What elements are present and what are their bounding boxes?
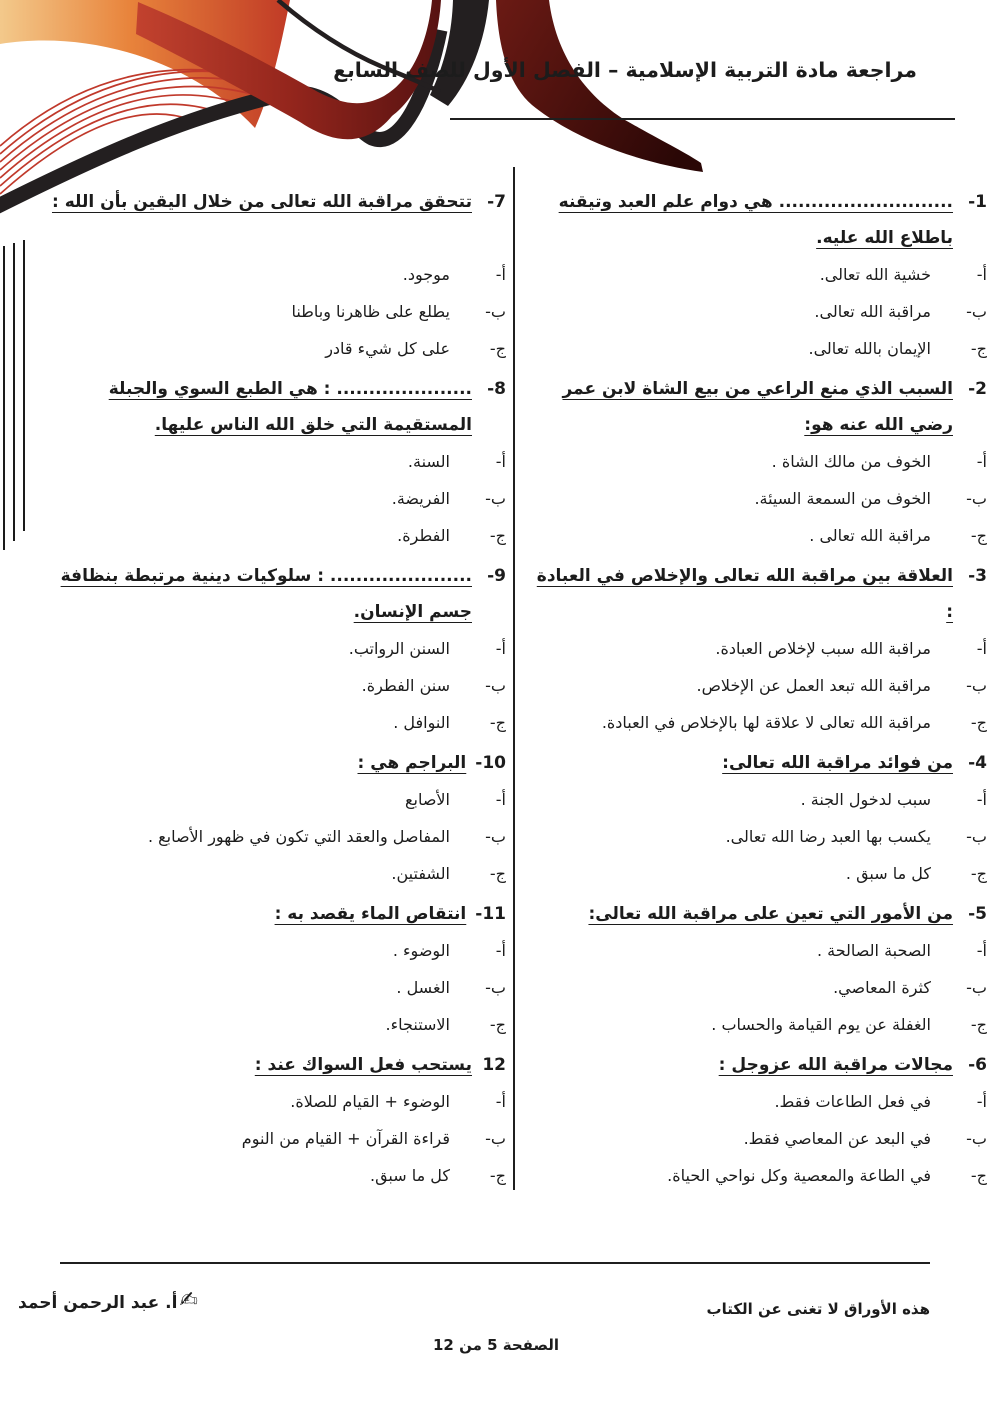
option-letter: أ- xyxy=(931,256,987,293)
option-b: ب- قراءة القرآن + القيام من النوم xyxy=(30,1120,506,1157)
vertical-lines xyxy=(4,240,24,550)
option-text: الخوف من مالك الشاة . xyxy=(772,443,931,480)
option-letter: ج- xyxy=(450,330,506,367)
option-letter: أ- xyxy=(450,1083,506,1120)
question-head: 11- انتقاص الماء يقصد به : xyxy=(30,896,506,932)
black-swoosh xyxy=(0,30,440,208)
option-c: ج- في الطاعة والمعصية وكل نواحي الحياة. xyxy=(525,1157,987,1194)
option-letter: أ- xyxy=(931,932,987,969)
option-text: الأصابع xyxy=(405,781,450,818)
question-6: 6- مجالات مراقبة الله عزوجل : أ- في فعل … xyxy=(525,1047,987,1194)
option-text: كل ما سبق . xyxy=(846,855,931,892)
option-text: على كل شيء قادر xyxy=(325,330,450,367)
option-letter: ج- xyxy=(931,330,987,367)
question-number: 4- xyxy=(962,745,987,781)
option-a: أ- الوضوء + القيام للصلاة. xyxy=(30,1083,506,1120)
question-title: ..................... : هي الطبع السوي و… xyxy=(30,371,472,443)
option-letter: أ- xyxy=(450,781,506,818)
option-text: الغسل . xyxy=(396,969,450,1006)
option-letter: ج- xyxy=(931,1157,987,1194)
option-letter: ج- xyxy=(450,704,506,741)
writing-hand-icon: ✍ xyxy=(179,1290,197,1312)
question-number: 6- xyxy=(962,1047,987,1083)
question-head: 5- من الأمور التي تعين على مراقبة الله ت… xyxy=(525,896,987,932)
question-title: مجالات مراقبة الله عزوجل : xyxy=(719,1047,953,1083)
option-text: في فعل الطاعات فقط. xyxy=(774,1083,931,1120)
question-title: يستحب فعل السواك عند : xyxy=(255,1047,472,1083)
question-head: 12 يستحب فعل السواك عند : xyxy=(30,1047,506,1083)
question-3: 3- العلاقة بين مراقبة الله تعالى والإخلا… xyxy=(525,558,987,741)
option-c: ج- كل ما سبق. xyxy=(30,1157,506,1194)
question-title: العلاقة بين مراقبة الله تعالى والإخلاص ف… xyxy=(525,558,953,630)
option-text: الفطرة. xyxy=(397,517,450,554)
option-c: ج- الشفتين. xyxy=(30,855,506,892)
option-letter: أ- xyxy=(931,781,987,818)
option-a: أ- السنة. xyxy=(30,443,506,480)
question-number: 10- xyxy=(475,745,506,781)
option-a: أ- مراقبة الله سبب لإخلاص العبادة. xyxy=(525,630,987,667)
option-text: الخوف من السمعة السيئة. xyxy=(754,480,931,517)
footer-author: ✍ أ. عبد الرحمن أحمد xyxy=(18,1292,198,1314)
option-text: السنن الرواتب. xyxy=(349,630,450,667)
questions-area: 1- ........................... هي دوام ع… xyxy=(30,184,987,1198)
question-title: ........................... هي دوام علم … xyxy=(525,184,953,256)
question-head: 3- العلاقة بين مراقبة الله تعالى والإخلا… xyxy=(525,558,987,630)
option-b: ب- مراقبة الله تعالى. xyxy=(525,293,987,330)
option-letter: ج- xyxy=(450,1006,506,1043)
option-b: ب- كثرة المعاصي. xyxy=(525,969,987,1006)
question-number: 12 xyxy=(481,1047,506,1083)
orange-band xyxy=(0,0,290,128)
question-head: 2- السبب الذي منع الراعي من بيع الشاة لا… xyxy=(525,371,987,443)
option-text: مراقبة الله سبب لإخلاص العبادة. xyxy=(715,630,931,667)
option-text: سنن الفطرة. xyxy=(362,667,450,704)
option-letter: ج- xyxy=(931,855,987,892)
option-c: ج- الاستنجاء. xyxy=(30,1006,506,1043)
question-head: 8- ..................... : هي الطبع السو… xyxy=(30,371,506,443)
question-11: 11- انتقاص الماء يقصد به : أ- الوضوء . ب… xyxy=(30,896,506,1043)
option-text: النوافل . xyxy=(393,704,450,741)
question-title: انتقاص الماء يقصد به : xyxy=(275,896,467,932)
question-number: 11- xyxy=(475,896,506,932)
footer-note: هذه الأوراق لا تغنى عن الكتاب xyxy=(707,1300,931,1318)
option-c: ج- الإيمان بالله تعالى. xyxy=(525,330,987,367)
question-title: من الأمور التي تعين على مراقبة الله تعال… xyxy=(588,896,953,932)
option-letter: ب- xyxy=(450,480,506,517)
option-a: أ- سبب لدخول الجنة . xyxy=(525,781,987,818)
question-number: 1- xyxy=(962,184,987,220)
option-letter: ب- xyxy=(931,293,987,330)
option-letter: أ- xyxy=(450,443,506,480)
option-c: ج- الغفلة عن يوم القيامة والحساب . xyxy=(525,1006,987,1043)
question-head: 9- ...................... : سلوكيات ديني… xyxy=(30,558,506,630)
worksheet-page: مراجعة مادة التربية الإسلامية – الفصل ال… xyxy=(0,0,992,1403)
option-letter: ج- xyxy=(450,517,506,554)
option-text: سبب لدخول الجنة . xyxy=(801,781,931,818)
question-title: السبب الذي منع الراعي من بيع الشاة لابن … xyxy=(525,371,953,443)
option-b: ب- في البعد عن المعاصي فقط. xyxy=(525,1120,987,1157)
option-text: الغفلة عن يوم القيامة والحساب . xyxy=(711,1006,931,1043)
option-text: يكسب بها العبد رضا الله تعالى. xyxy=(726,818,931,855)
option-c: ج- على كل شيء قادر xyxy=(30,330,506,367)
question-title: ...................... : سلوكيات دينية م… xyxy=(30,558,472,630)
question-10: 10- البراجم هي : أ- الأصابع ب- المفاصل و… xyxy=(30,745,506,892)
option-a: أ- الخوف من مالك الشاة . xyxy=(525,443,987,480)
option-text: الوضوء + القيام للصلاة. xyxy=(290,1083,450,1120)
option-letter: ب- xyxy=(450,818,506,855)
option-text: المفاصل والعقد التي تكون في ظهور الأصابع… xyxy=(148,818,450,855)
question-9: 9- ...................... : سلوكيات ديني… xyxy=(30,558,506,741)
author-name: أ. عبد الرحمن أحمد xyxy=(18,1293,177,1313)
option-text: قراءة القرآن + القيام من النوم xyxy=(242,1120,450,1157)
option-text: في الطاعة والمعصية وكل نواحي الحياة. xyxy=(667,1157,931,1194)
option-letter: ب- xyxy=(931,667,987,704)
option-c: ج- مراقبة الله تعالى . xyxy=(525,517,987,554)
option-b: ب- الخوف من السمعة السيئة. xyxy=(525,480,987,517)
question-number: 7- xyxy=(481,184,506,220)
option-letter: ج- xyxy=(931,704,987,741)
question-4: 4- من فوائد مراقبة الله تعالى: أ- سبب لد… xyxy=(525,745,987,892)
option-text: الاستنجاء. xyxy=(386,1006,450,1043)
option-text: مراقبة الله تبعد العمل عن الإخلاص. xyxy=(697,667,932,704)
option-letter: أ- xyxy=(450,256,506,293)
question-head: 4- من فوائد مراقبة الله تعالى: xyxy=(525,745,987,781)
option-a: أ- الأصابع xyxy=(30,781,506,818)
option-letter: أ- xyxy=(931,443,987,480)
option-letter: ب- xyxy=(450,1120,506,1157)
question-number: 5- xyxy=(962,896,987,932)
option-a: أ- الصحبة الصالحة . xyxy=(525,932,987,969)
option-c: ج- كل ما سبق . xyxy=(525,855,987,892)
option-c: ج- مراقبة الله تعالى لا علاقة لها بالإخل… xyxy=(525,704,987,741)
option-text: السنة. xyxy=(408,443,450,480)
question-title: البراجم هي : xyxy=(358,745,467,781)
option-text: في البعد عن المعاصي فقط. xyxy=(744,1120,931,1157)
question-head: 6- مجالات مراقبة الله عزوجل : xyxy=(525,1047,987,1083)
option-text: مراقبة الله تعالى . xyxy=(809,517,931,554)
option-c: ج- النوافل . xyxy=(30,704,506,741)
question-8: 8- ..................... : هي الطبع السو… xyxy=(30,371,506,554)
option-letter: ب- xyxy=(450,969,506,1006)
option-letter: ب- xyxy=(931,818,987,855)
footer-rule xyxy=(60,1262,930,1264)
option-text: كل ما سبق. xyxy=(370,1157,450,1194)
option-text: موجود. xyxy=(403,256,450,293)
option-text: الوضوء . xyxy=(393,932,450,969)
question-head: 10- البراجم هي : xyxy=(30,745,506,781)
option-a: أ- موجود. xyxy=(30,256,506,293)
title-rule xyxy=(450,118,955,120)
option-letter: ب- xyxy=(931,1120,987,1157)
option-a: أ- الوضوء . xyxy=(30,932,506,969)
option-b: ب- مراقبة الله تبعد العمل عن الإخلاص. xyxy=(525,667,987,704)
option-b: ب- سنن الفطرة. xyxy=(30,667,506,704)
option-c: ج- الفطرة. xyxy=(30,517,506,554)
option-text: الفريضة. xyxy=(392,480,450,517)
option-text: مراقبة الله تعالى. xyxy=(814,293,931,330)
option-text: مراقبة الله تعالى لا علاقة لها بالإخلاص … xyxy=(602,704,931,741)
option-b: ب- الغسل . xyxy=(30,969,506,1006)
option-a: أ- خشية الله تعالى. xyxy=(525,256,987,293)
column-left: 7- تتحقق مراقبة الله تعالى من خلال اليقي… xyxy=(30,184,506,1198)
option-text: الإيمان بالله تعالى. xyxy=(809,330,932,367)
option-letter: أ- xyxy=(450,932,506,969)
option-b: ب- الفريضة. xyxy=(30,480,506,517)
question-12: 12 يستحب فعل السواك عند : أ- الوضوء + ال… xyxy=(30,1047,506,1194)
page-number: الصفحة 5 من 12 xyxy=(433,1336,559,1354)
option-letter: أ- xyxy=(450,630,506,667)
page-title: مراجعة مادة التربية الإسلامية – الفصل ال… xyxy=(333,58,917,82)
option-letter: ب- xyxy=(931,969,987,1006)
option-letter: ج- xyxy=(450,1157,506,1194)
question-number: 8- xyxy=(481,371,506,407)
option-letter: ج- xyxy=(931,1006,987,1043)
black-swoosh-top xyxy=(430,0,489,106)
option-b: ب- يطلع على ظاهرنا وباطنا xyxy=(30,293,506,330)
question-number: 9- xyxy=(481,558,506,594)
thin-red-arcs xyxy=(0,70,352,194)
option-letter: ج- xyxy=(931,517,987,554)
option-text: الصحبة الصالحة . xyxy=(817,932,931,969)
option-a: أ- في فعل الطاعات فقط. xyxy=(525,1083,987,1120)
option-letter: ب- xyxy=(931,480,987,517)
maroon-tail-band xyxy=(496,0,703,172)
option-a: أ- السنن الرواتب. xyxy=(30,630,506,667)
question-2: 2- السبب الذي منع الراعي من بيع الشاة لا… xyxy=(525,371,987,554)
question-5: 5- من الأمور التي تعين على مراقبة الله ت… xyxy=(525,896,987,1043)
option-b: ب- المفاصل والعقد التي تكون في ظهور الأص… xyxy=(30,818,506,855)
option-letter: أ- xyxy=(931,630,987,667)
option-text: يطلع على ظاهرنا وباطنا xyxy=(291,293,450,330)
option-text: خشية الله تعالى. xyxy=(820,256,931,293)
question-number: 3- xyxy=(962,558,987,594)
question-7: 7- تتحقق مراقبة الله تعالى من خلال اليقي… xyxy=(30,184,506,367)
question-head: 7- تتحقق مراقبة الله تعالى من خلال اليقي… xyxy=(30,184,506,256)
question-number: 2- xyxy=(962,371,987,407)
question-title: تتحقق مراقبة الله تعالى من خلال اليقين ب… xyxy=(52,184,472,220)
option-letter: أ- xyxy=(931,1083,987,1120)
option-b: ب- يكسب بها العبد رضا الله تعالى. xyxy=(525,818,987,855)
option-letter: ب- xyxy=(450,293,506,330)
option-letter: ب- xyxy=(450,667,506,704)
question-title: من فوائد مراقبة الله تعالى: xyxy=(722,745,953,781)
option-text: الشفتين. xyxy=(391,855,450,892)
option-text: كثرة المعاصي. xyxy=(833,969,931,1006)
question-head: 1- ........................... هي دوام ع… xyxy=(525,184,987,256)
column-right: 1- ........................... هي دوام ع… xyxy=(525,184,987,1198)
question-1: 1- ........................... هي دوام ع… xyxy=(525,184,987,367)
option-letter: ج- xyxy=(450,855,506,892)
